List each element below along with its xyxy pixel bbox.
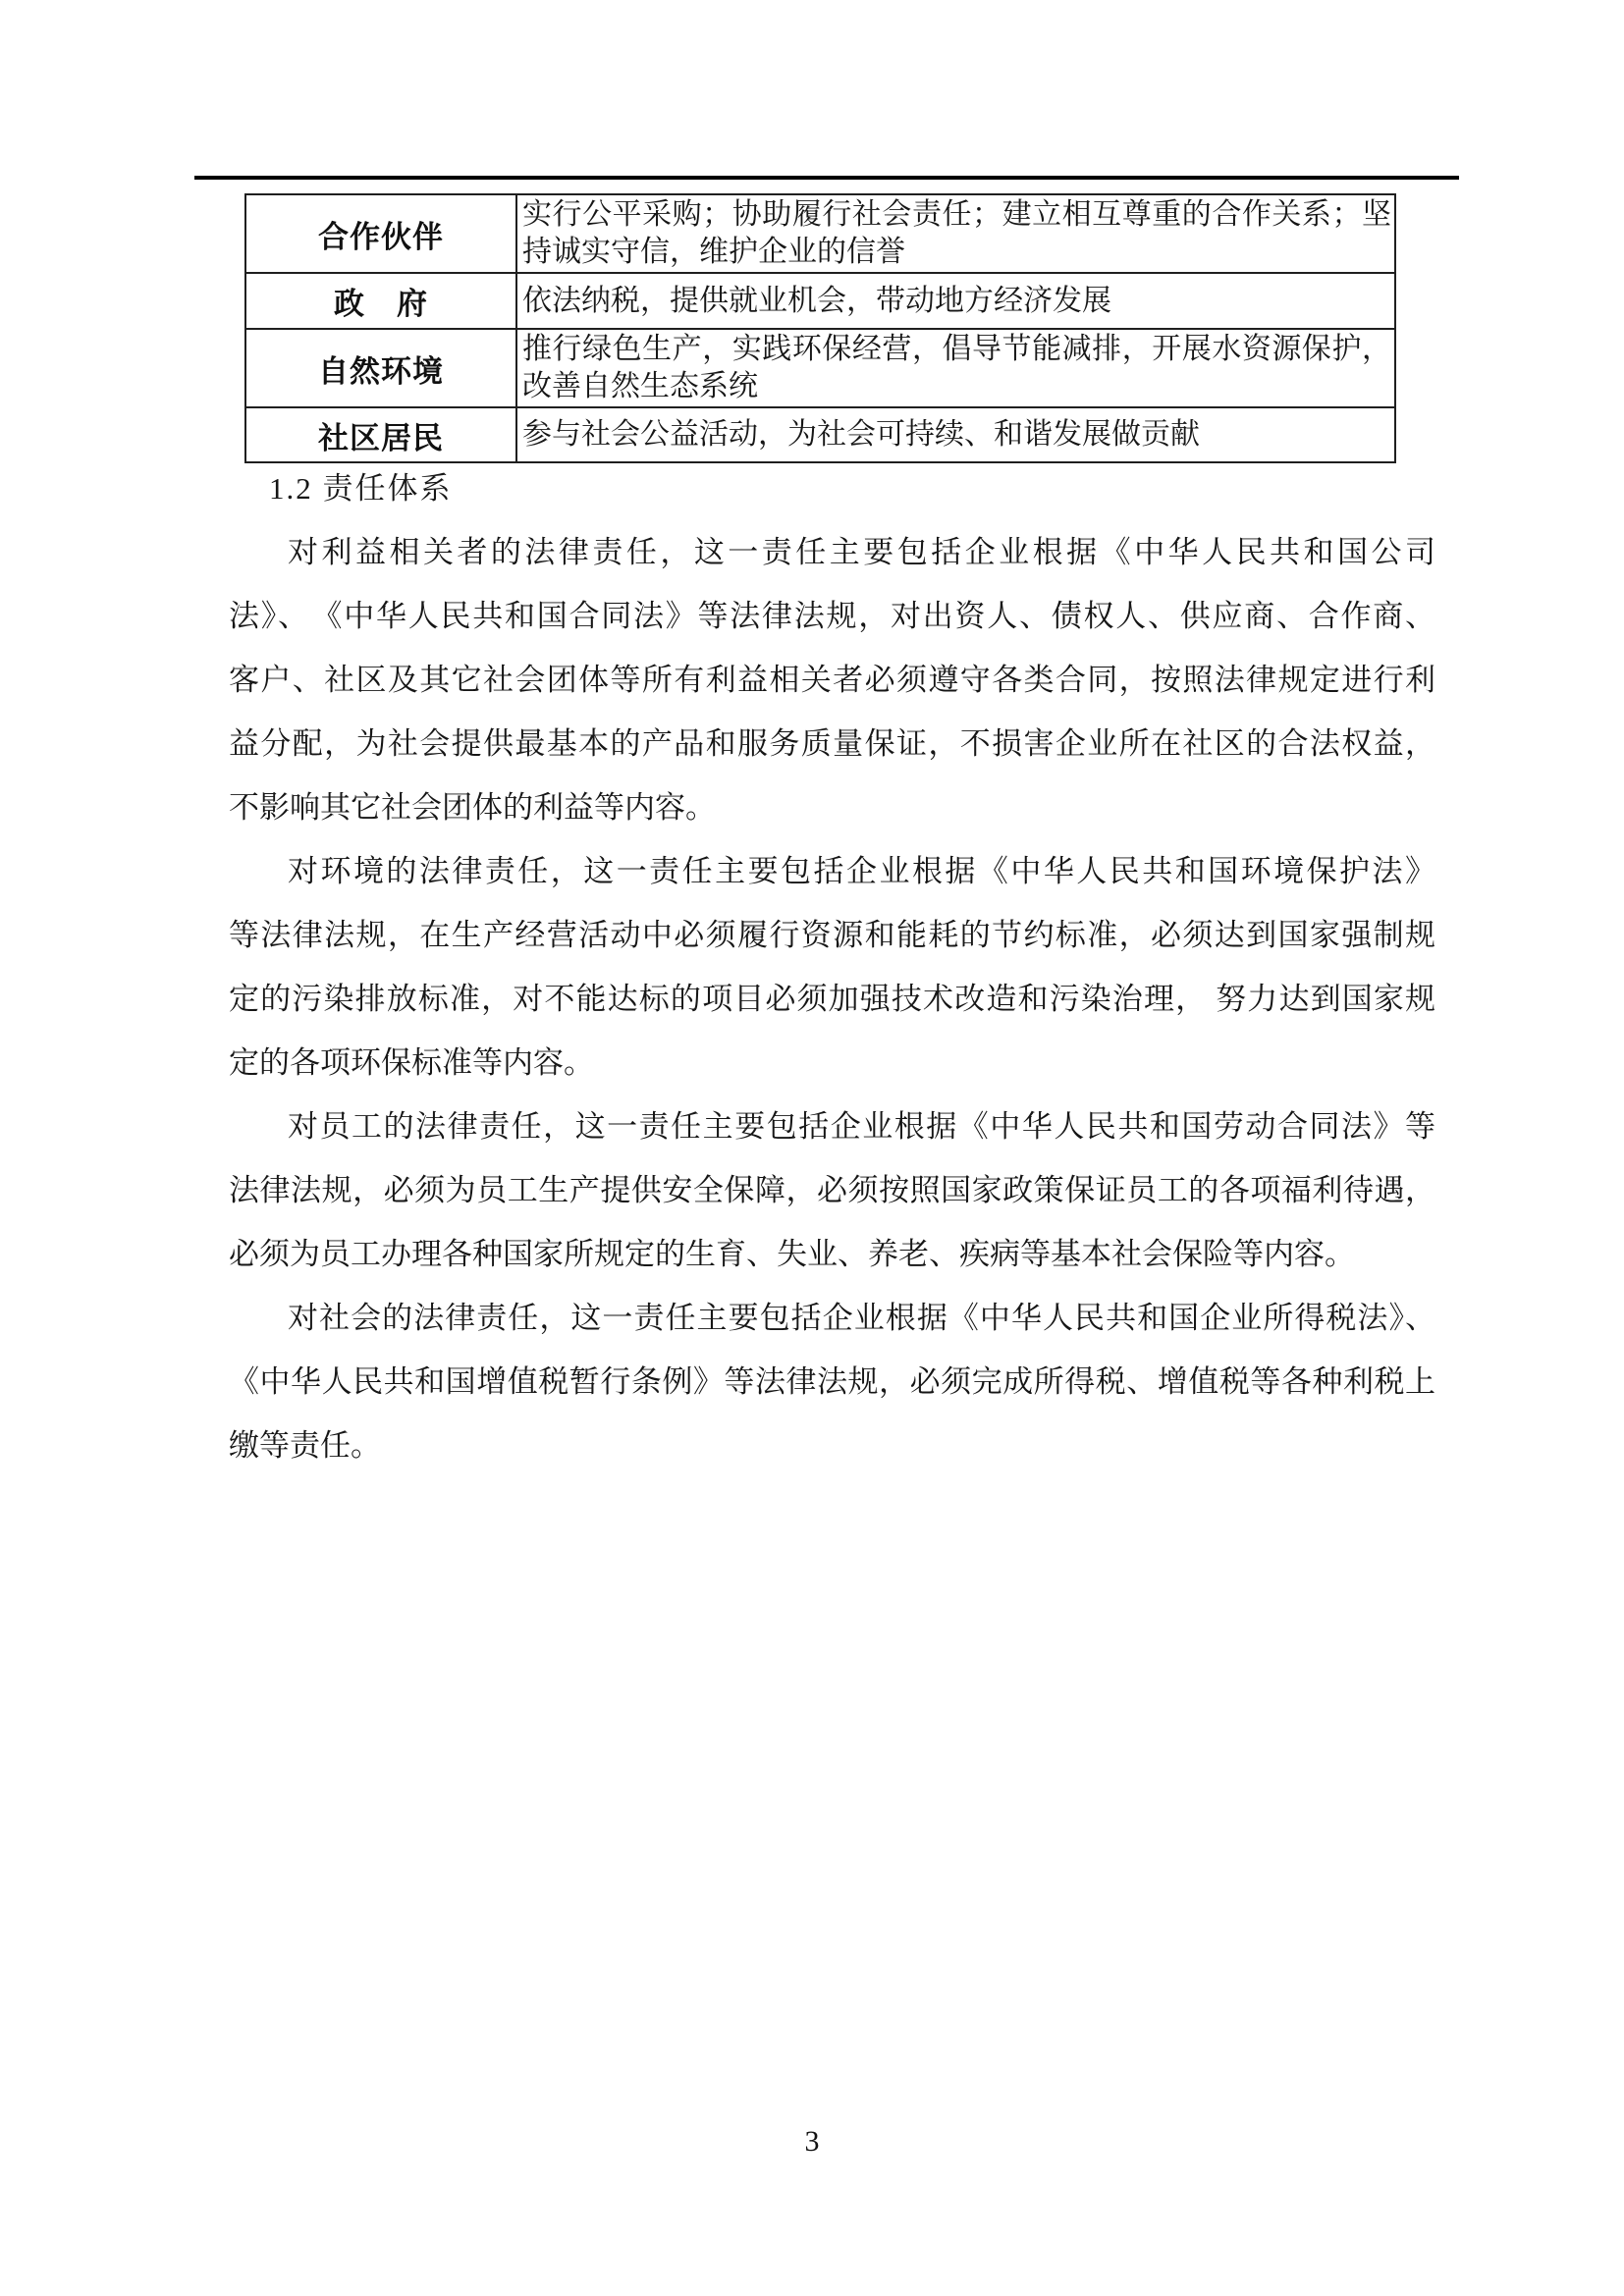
paragraph-line: 定的各项环保标准等内容。 bbox=[229, 1031, 1435, 1095]
paragraph-line: 等法律法规，在生产经营活动中必须履行资源和能耗的节约标准，必须达到国家强制规 bbox=[229, 903, 1435, 967]
section-heading: 1.2 责任体系 bbox=[229, 456, 1435, 520]
table-row: 合作伙伴 实行公平采购；协助履行社会责任；建立相互尊重的合作关系；坚持诚实守信，… bbox=[245, 194, 1395, 273]
table-row: 政 府 依法纳税，提供就业机会，带动地方经济发展 bbox=[245, 273, 1395, 329]
paragraph-line: 缴等责任。 bbox=[229, 1414, 1435, 1477]
stakeholder-description: 依法纳税，提供就业机会，带动地方经济发展 bbox=[516, 273, 1395, 329]
paragraph-line: 定的污染排放标准，对不能达标的项目必须加强技术改造和污染治理， 努力达到国家规 bbox=[229, 967, 1435, 1031]
paragraph-line: 不影响其它社会团体的利益等内容。 bbox=[229, 775, 1435, 839]
stakeholder-label: 合作伙伴 bbox=[245, 194, 516, 273]
stakeholder-description: 参与社会公益活动，为社会可持续、和谐发展做贡献 bbox=[516, 407, 1395, 462]
paragraph-line: 益分配，为社会提供最基本的产品和服务质量保证，不损害企业所在社区的合法权益， bbox=[229, 712, 1435, 775]
stakeholder-label: 政 府 bbox=[245, 273, 516, 329]
stakeholder-description: 推行绿色生产，实践环保经营，倡导节能减排，开展水资源保护，改善自然生态系统 bbox=[516, 329, 1395, 407]
document-page: 合作伙伴 实行公平采购；协助履行社会责任；建立相互尊重的合作关系；坚持诚实守信，… bbox=[0, 0, 1624, 2296]
stakeholder-description: 实行公平采购；协助履行社会责任；建立相互尊重的合作关系；坚持诚实守信，维护企业的… bbox=[516, 194, 1395, 273]
paragraph-line: 对社会的法律责任，这一责任主要包括企业根据《中华人民共和国企业所得税法》、 bbox=[229, 1286, 1435, 1350]
paragraph-line: 对环境的法律责任，这一责任主要包括企业根据《中华人民共和国环境保护法》 bbox=[229, 839, 1435, 903]
paragraph-line: 对员工的法律责任，这一责任主要包括企业根据《中华人民共和国劳动合同法》等 bbox=[229, 1095, 1435, 1158]
paragraph-line: 法律法规，必须为员工生产提供安全保障，必须按照国家政策保证员工的各项福利待遇， bbox=[229, 1158, 1435, 1222]
page-number: 3 bbox=[0, 2125, 1624, 2159]
table-row: 自然环境 推行绿色生产，实践环保经营，倡导节能减排，开展水资源保护，改善自然生态… bbox=[245, 329, 1395, 407]
stakeholder-label: 自然环境 bbox=[245, 329, 516, 407]
table-row: 社区居民 参与社会公益活动，为社会可持续、和谐发展做贡献 bbox=[245, 407, 1395, 462]
header-rule bbox=[194, 176, 1459, 180]
paragraph-line: 必须为员工办理各种国家所规定的生育、失业、养老、疾病等基本社会保险等内容。 bbox=[229, 1222, 1435, 1286]
paragraph-line: 对利益相关者的法律责任，这一责任主要包括企业根据《中华人民共和国公司 bbox=[229, 520, 1435, 584]
paragraph-line: 《中华人民共和国增值税暂行条例》等法律法规，必须完成所得税、增值税等各种利税上 bbox=[229, 1350, 1435, 1414]
paragraph-line: 客户、社区及其它社会团体等所有利益相关者必须遵守各类合同，按照法律规定进行利 bbox=[229, 648, 1435, 712]
stakeholder-label: 社区居民 bbox=[245, 407, 516, 462]
body-text: 1.2 责任体系 对利益相关者的法律责任，这一责任主要包括企业根据《中华人民共和… bbox=[229, 456, 1435, 1477]
stakeholder-table: 合作伙伴 实行公平采购；协助履行社会责任；建立相互尊重的合作关系；坚持诚实守信，… bbox=[244, 193, 1396, 463]
paragraph-line: 法》、 《中华人民共和国合同法》等法律法规，对出资人、债权人、供应商、合作商、 bbox=[229, 584, 1435, 648]
